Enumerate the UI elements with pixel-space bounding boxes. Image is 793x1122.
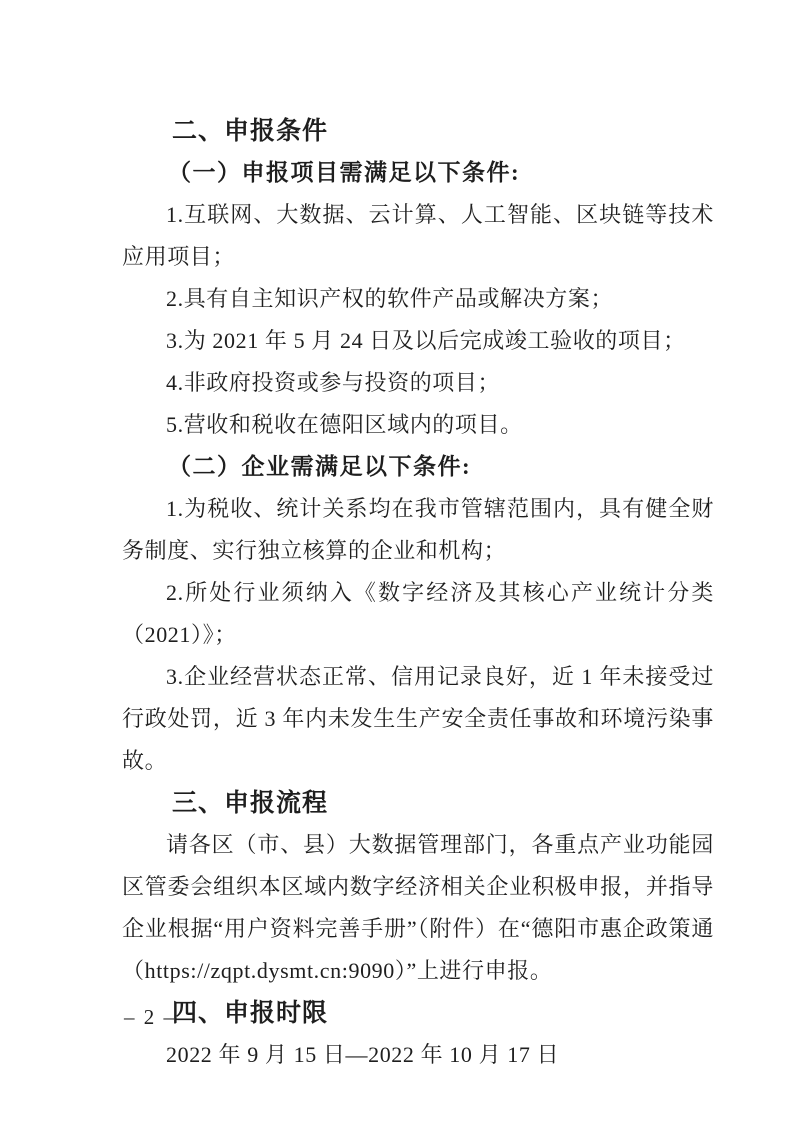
paragraph-project-condition-3: 3.为 2021 年 5 月 24 日及以后完成竣工验收的项目；: [122, 320, 714, 362]
paragraph-enterprise-condition-2: 2.所处行业须纳入《数字经济及其核心产业统计分类（2021）》；: [122, 572, 714, 656]
section-heading-application-deadline: 四、申报时限: [122, 992, 714, 1034]
paragraph-project-condition-4: 4.非政府投资或参与投资的项目；: [122, 362, 714, 404]
document-page: 二、申报条件 （一）申报项目需满足以下条件: 1.互联网、大数据、云计算、人工智…: [0, 0, 793, 1122]
paragraph-application-deadline: 2022 年 9 月 15 日—2022 年 10 月 17 日: [122, 1034, 714, 1076]
paragraph-project-condition-2: 2.具有自主知识产权的软件产品或解决方案；: [122, 278, 714, 320]
subheading-project-conditions: （一）申报项目需满足以下条件:: [122, 152, 714, 194]
section-heading-application-process: 三、申报流程: [122, 782, 714, 824]
paragraph-project-condition-1: 1.互联网、大数据、云计算、人工智能、区块链等技术应用项目；: [122, 194, 714, 278]
paragraph-enterprise-condition-3: 3.企业经营状态正常、信用记录良好，近 1 年未接受过行政处罚，近 3 年内未发…: [122, 656, 714, 782]
paragraph-enterprise-condition-1: 1.为税收、统计关系均在我市管辖范围内，具有健全财务制度、实行独立核算的企业和机…: [122, 488, 714, 572]
subheading-enterprise-conditions: （二）企业需满足以下条件:: [122, 446, 714, 488]
paragraph-application-process: 请各区（市、县）大数据管理部门，各重点产业功能园区管委会组织本区域内数字经济相关…: [122, 824, 714, 992]
document-body: 二、申报条件 （一）申报项目需满足以下条件: 1.互联网、大数据、云计算、人工智…: [122, 110, 714, 1076]
paragraph-project-condition-5: 5.营收和税收在德阳区域内的项目。: [122, 404, 714, 446]
page-number: – 2 –: [124, 1002, 176, 1032]
section-heading-application-conditions: 二、申报条件: [122, 110, 714, 152]
